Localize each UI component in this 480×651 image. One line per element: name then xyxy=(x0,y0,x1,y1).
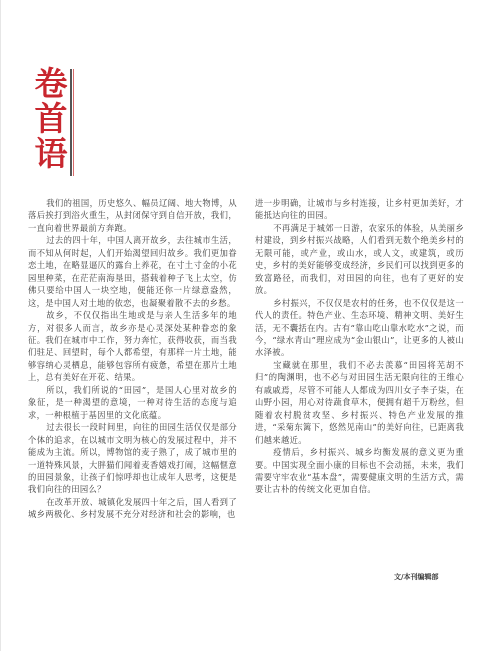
paragraph: 乡村振兴，不仅仅是农村的任务，也不仅仅是这一代人的责任。特色产业、生态环境、精神… xyxy=(255,297,464,359)
paragraph: 过去的四十年，中国人离开故乡，去往城市生活，而不知从何时起，人们开始渴望回归故乡… xyxy=(28,234,237,309)
paragraph: 我们的祖国，历史悠久、幅员辽阔、地大物博，从落后挨打到浴火重生，从封闭保守到自信… xyxy=(28,197,237,234)
paragraph: 在改革开放、城镇化发展四十年之后，国人看到了城乡两极化、乡村发展不充分对经济和社… xyxy=(28,496,237,521)
paragraph: 不再满足于城郊一日游，农家乐的体验，从美丽乡村建设，到乡村振兴战略，人们看到无数… xyxy=(255,222,464,297)
paragraph: 宝藏就在那里，我们不必去羡慕“田园将芜胡不归”的陶渊明，也不必与对田园生活无限向… xyxy=(255,359,464,446)
title-divider-red xyxy=(73,69,74,176)
left-column: 我们的祖国，历史悠久、幅员辽阔、地大物博，从落后挨打到浴火重生，从封闭保守到自信… xyxy=(28,197,237,521)
page-title-char: 卷 xyxy=(33,66,69,101)
paragraph: 故乡，不仅仅指出生地或是与亲人生活多年的地方，对很多人而言，故乡亦是心灵深处某种… xyxy=(28,309,237,384)
paragraph-continuation: 进一步明确，让城市与乡村连接，让乡村更加美好，才能抵达向往的田园。 xyxy=(255,197,464,222)
paragraph: 所以，我们所说的“田园”，是国人心里对故乡的象征，是一种渴望的意境，一种对待生活… xyxy=(28,384,237,421)
author-signature: 文/本刊编辑部 xyxy=(394,572,439,582)
title-divider-dark xyxy=(70,69,72,176)
page-title: 卷 首 语 xyxy=(33,66,73,171)
paragraph: 疫情后，乡村振兴、城乡均衡发展的意义更为重要。中国实现全面小康的目标也不会动摇，… xyxy=(255,446,464,496)
right-column: 进一步明确，让城市与乡村连接，让乡村更加美好，才能抵达向往的田园。 不再满足于城… xyxy=(255,197,464,496)
page-title-char: 语 xyxy=(33,136,69,171)
paragraph: 过去很长一段时间里，向往的田园生活仅仅是部分个体的追求，在以城市文明为核心的发展… xyxy=(28,421,237,496)
page-title-char: 首 xyxy=(33,101,69,136)
page-edge xyxy=(0,0,1,651)
